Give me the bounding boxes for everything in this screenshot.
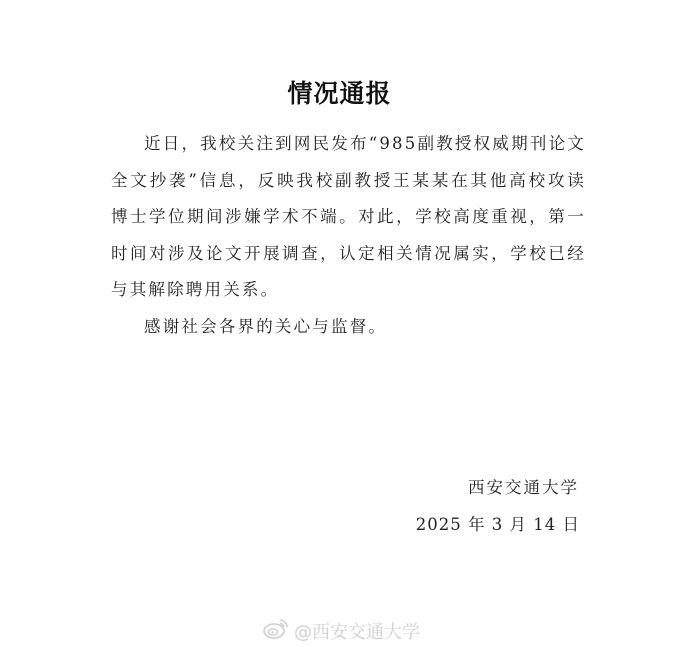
- paragraph-main: 近日，我校关注到网民发布“985副教授权威期刊论文全文抄袭”信息，反映我校副教授…: [111, 126, 586, 309]
- signature-organization: 西安交通大学: [468, 474, 579, 498]
- watermark-text: @西安交通大学: [294, 618, 420, 644]
- notice-body: 近日，我校关注到网民发布“985副教授权威期刊论文全文抄袭”信息，反映我校副教授…: [111, 126, 586, 345]
- notice-title: 情况通报: [0, 74, 679, 110]
- weibo-icon: [262, 616, 290, 645]
- watermark: @西安交通大学: [262, 616, 420, 645]
- paragraph-thanks: 感谢社会各界的关心与监督。: [111, 309, 586, 346]
- signature-date: 2025 年 3 月 14 日: [416, 511, 580, 535]
